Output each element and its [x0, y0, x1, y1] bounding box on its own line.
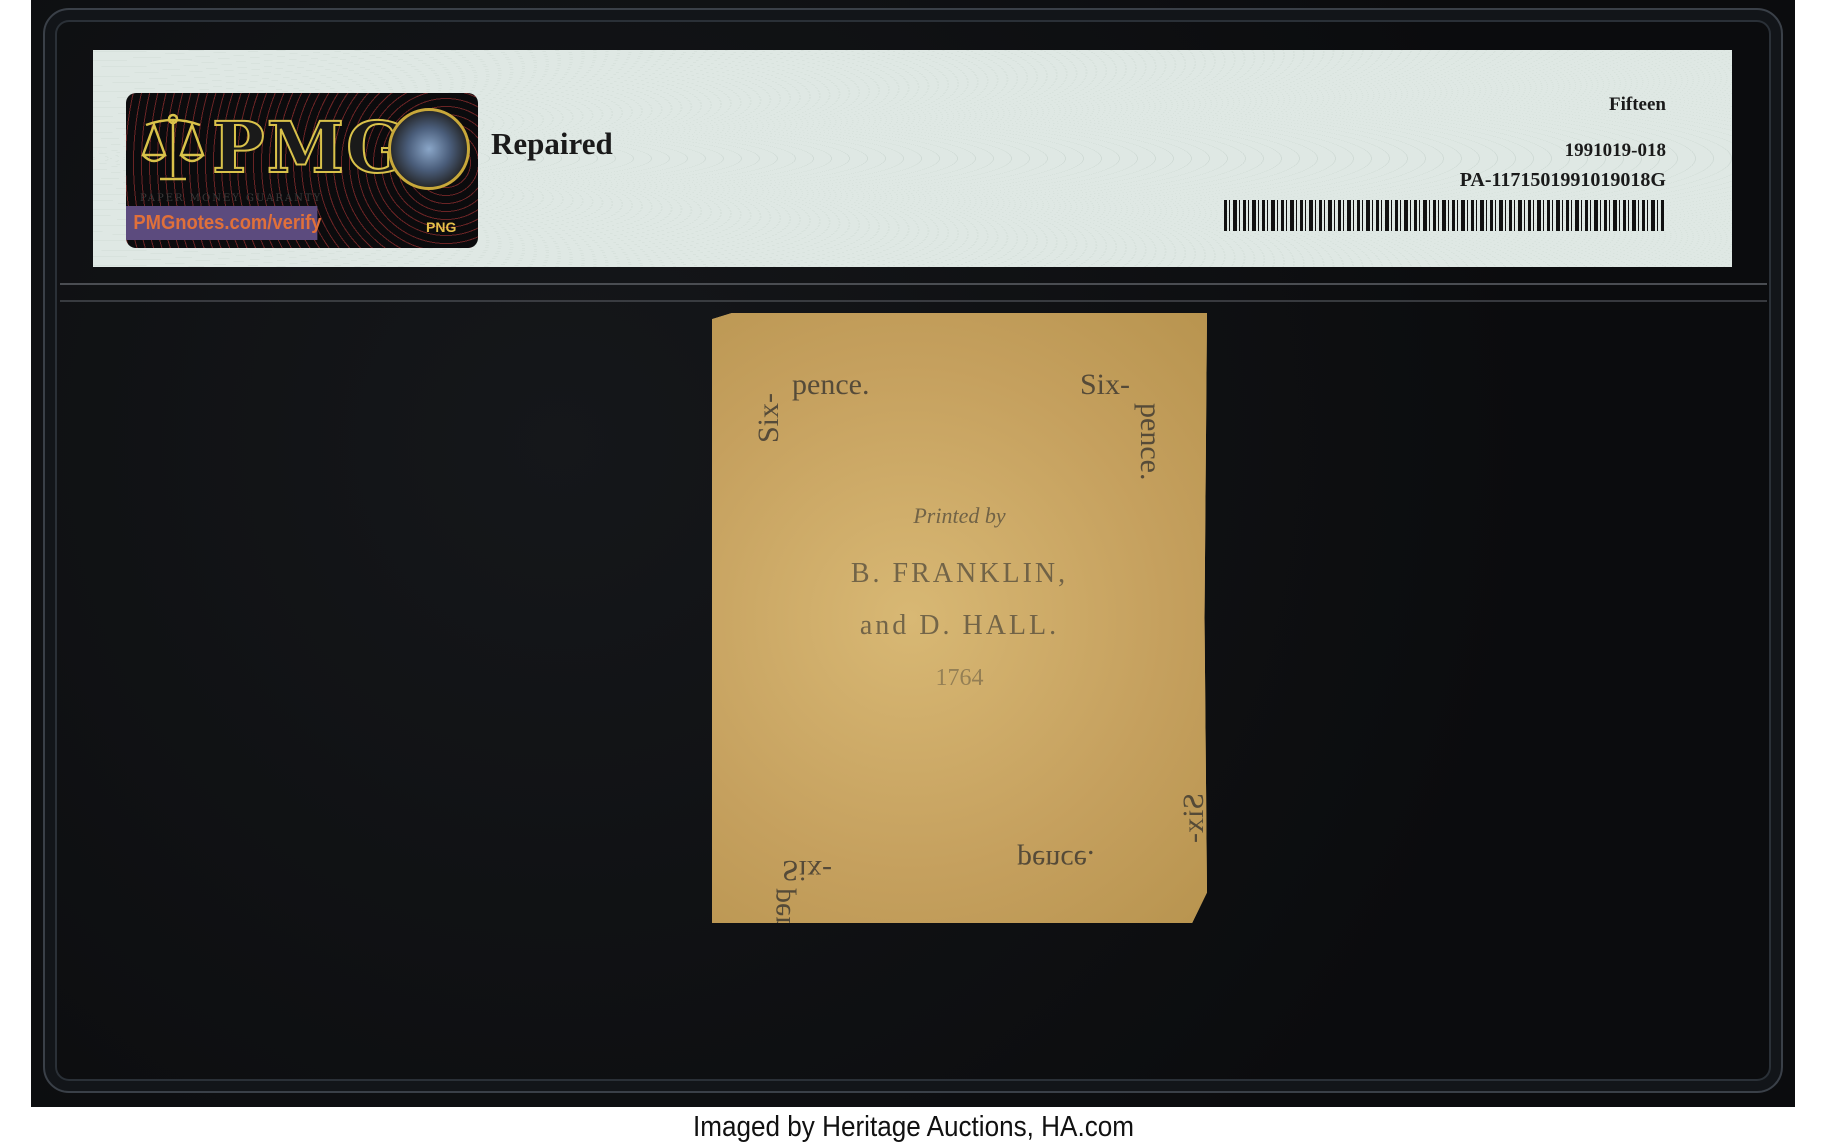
corner-bottom-left-six: Six- — [782, 853, 832, 887]
printed-by: Printed by — [712, 503, 1207, 529]
printer-name-2: and D. HALL. — [712, 610, 1207, 642]
scales-of-justice-icon — [140, 111, 206, 185]
pmg-subtext: PAPER MONEY GUARANTY — [140, 193, 322, 204]
hologram-seal-icon — [388, 108, 470, 190]
printer-name-1: B. FRANKLIN, — [712, 558, 1207, 590]
grading-label: PMG PAPER MONEY GUARANTY PMGnotes.com/ve… — [93, 50, 1732, 267]
corner-top-left-pence: pence. — [792, 368, 869, 402]
banknote-back: Six- pence. Six- pence. pence. Six- penc… — [712, 313, 1207, 923]
corner-top-right-six: Six- — [1080, 368, 1130, 402]
corner-bottom-right-six: Six- — [1177, 793, 1211, 843]
grade-info: Fifteen 1991019-018 PA-1171501991019018G — [1460, 94, 1666, 192]
corner-top-right-pence: pence. — [1133, 403, 1167, 480]
grade-word: Fifteen — [1460, 94, 1666, 116]
pmg-logo-text: PMG — [212, 111, 408, 185]
corner-top-left-six: Six- — [752, 393, 786, 443]
barcode-text: PA-1171501991019018G — [1460, 168, 1666, 192]
hologram-code: PNG — [426, 219, 456, 235]
corner-bottom-right-pence: pence. — [1017, 843, 1094, 877]
barcode — [1224, 200, 1666, 231]
image-credit: Imaged by Heritage Auctions, HA.com — [91, 1107, 1735, 1147]
pmg-hologram: PMG PAPER MONEY GUARANTY PMGnotes.com/ve… — [126, 93, 478, 248]
verify-url: PMGnotes.com/verify — [126, 206, 317, 240]
holder-divider — [60, 300, 1767, 302]
holder-divider — [60, 283, 1767, 285]
designation: Repaired — [491, 126, 613, 162]
cert-number: 1991019-018 — [1460, 140, 1666, 162]
pmg-logo: PMG — [140, 111, 408, 185]
note-year: 1764 — [712, 665, 1207, 692]
